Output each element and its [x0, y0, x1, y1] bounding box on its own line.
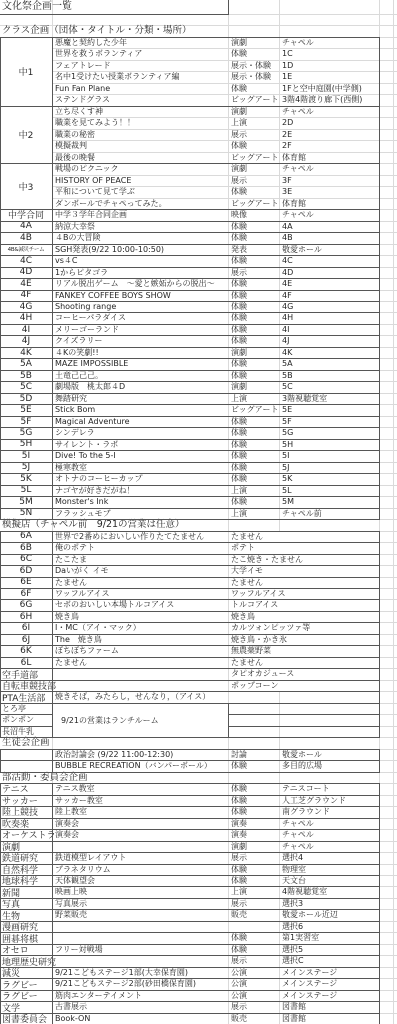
category-cell[interactable]: 上演: [229, 508, 279, 519]
group-cell[interactable]: 4F: [0, 290, 52, 301]
group-cell[interactable]: 中学合同: [0, 209, 52, 220]
location-cell[interactable]: 選択C: [280, 955, 379, 966]
group-cell[interactable]: 4D: [0, 267, 52, 278]
location-cell[interactable]: 3E: [280, 186, 379, 197]
title-cell[interactable]: 戦場のピクニック: [53, 163, 228, 174]
category-cell[interactable]: ビッグアート: [229, 94, 279, 105]
title-cell[interactable]: たません: [53, 577, 228, 588]
title-cell[interactable]: FANKEY COFFEE BOYS SHOW: [53, 290, 228, 301]
row-border: [0, 542, 380, 543]
group-cell[interactable]: 5H: [0, 439, 52, 450]
location-cell[interactable]: 5H: [280, 439, 379, 450]
category-cell[interactable]: 体験: [229, 83, 279, 94]
location-cell[interactable]: 敬愛ホール近辺: [280, 909, 379, 920]
category-cell[interactable]: 展示: [229, 898, 279, 909]
row-border: [0, 668, 380, 669]
section-header-class: クラス企画（団体・タイトル・分類・場所）: [2, 25, 395, 36]
group-cell[interactable]: 5B: [0, 370, 52, 381]
location-cell[interactable]: 3F: [280, 175, 379, 186]
title-cell[interactable]: 焼き鳥: [53, 611, 228, 622]
title-cell[interactable]: 舞踏研究: [53, 393, 228, 404]
title-cell[interactable]: ワッフルアイス: [53, 588, 228, 599]
title-cell[interactable]: ４Bの大冒険: [53, 232, 228, 243]
title-cell[interactable]: プラネタリウム: [53, 864, 228, 875]
location-cell[interactable]: 体育館: [280, 152, 379, 163]
category-cell[interactable]: 展示・体験: [229, 60, 279, 71]
group-cell[interactable]: 5G: [0, 427, 52, 438]
title-cell[interactable]: リアル脱出ゲーム ～愛と嫉妬からの脱出～: [53, 278, 228, 289]
title-cell[interactable]: Shooting range: [53, 301, 228, 312]
location-cell[interactable]: 5L: [280, 485, 379, 496]
title-cell[interactable]: オトナのコーヒーカップ: [53, 473, 228, 484]
group-cell[interactable]: 4J: [0, 335, 52, 346]
section-border: [0, 749, 1, 772]
category-cell[interactable]: 演劇: [229, 163, 279, 174]
food-cell[interactable]: ポップコーン: [229, 680, 379, 691]
title-cell[interactable]: メリーゴーランド: [53, 324, 228, 335]
category-cell[interactable]: 体験: [229, 140, 279, 151]
category-cell[interactable]: 展示: [229, 175, 279, 186]
location-cell[interactable]: 4C: [280, 255, 379, 266]
group-cell[interactable]: 5I: [0, 450, 52, 461]
group-cell[interactable]: 4K: [0, 347, 52, 358]
category-cell[interactable]: 体験: [229, 278, 279, 289]
category-cell[interactable]: 体験: [229, 48, 279, 59]
category-cell[interactable]: 演劇: [229, 106, 279, 117]
row-border: [228, 714, 380, 715]
group-cell[interactable]: 4C: [0, 255, 52, 266]
section-border: [0, 519, 380, 520]
location-cell[interactable]: 5E: [280, 404, 379, 415]
category-cell[interactable]: 体験: [229, 221, 279, 232]
group-cell[interactable]: 4B: [0, 232, 52, 243]
row-border: [0, 749, 380, 750]
location-cell[interactable]: チャペル: [280, 37, 379, 48]
location-cell[interactable]: 天文台: [280, 875, 379, 886]
category-cell[interactable]: 展示: [229, 267, 279, 278]
title-cell[interactable]: たません: [53, 657, 228, 668]
merged-note-cell[interactable]: 9/21の営業はランチルーム: [53, 704, 228, 737]
group-cell[interactable]: 5D: [0, 393, 52, 404]
title-cell[interactable]: The 焼き鳥: [53, 634, 228, 645]
category-cell[interactable]: 展示: [229, 129, 279, 140]
title-cell[interactable]: 鉄道模型レイアウト: [53, 852, 228, 863]
title-cell[interactable]: 古書展示: [53, 1001, 228, 1012]
category-cell[interactable]: 演劇: [229, 841, 279, 852]
title-cell[interactable]: フラッシュモブ: [53, 508, 228, 519]
group-cell[interactable]: 5M: [0, 496, 52, 507]
title-cell[interactable]: 映画上映: [53, 886, 228, 897]
row-border: [0, 806, 380, 807]
category-cell[interactable]: 体験: [229, 473, 279, 484]
food-cell[interactable]: 焼き鳥: [229, 611, 379, 622]
category-cell[interactable]: 体験: [229, 450, 279, 461]
title-cell[interactable]: ナゴヤが好きだがね！: [53, 485, 228, 496]
category-cell[interactable]: 体験: [229, 795, 279, 806]
location-cell[interactable]: 1D: [280, 60, 379, 71]
title-cell[interactable]: コーヒーパラダイス: [53, 312, 228, 323]
row-border: [0, 990, 380, 991]
title-cell[interactable]: 天体観望会: [53, 875, 228, 886]
group-cell[interactable]: 5F: [0, 416, 52, 427]
group-cell[interactable]: 4B&減災チーム: [0, 244, 52, 255]
title-cell[interactable]: Monster's Ink: [53, 496, 228, 507]
title-cell[interactable]: 陸上教室: [53, 806, 228, 817]
title-cell[interactable]: 模擬裁判: [53, 140, 228, 151]
category-cell[interactable]: 体験: [229, 290, 279, 301]
title-cell[interactable]: 悪魔と契約した少年: [53, 37, 228, 48]
row-border: [0, 1001, 380, 1002]
title-cell[interactable]: シンデレラ: [53, 427, 228, 438]
section-border: [0, 37, 1, 519]
row-border: [0, 783, 380, 784]
food-cell[interactable]: たません: [229, 577, 379, 588]
section-border: [0, 772, 380, 773]
group-cell[interactable]: 中3: [0, 163, 52, 209]
title-cell[interactable]: 納涼大幸祭: [53, 221, 228, 232]
row-border: [0, 267, 380, 268]
category-cell[interactable]: 展示: [229, 955, 279, 966]
group-cell[interactable]: 4G: [0, 301, 52, 312]
food-cell[interactable]: トルコアイス: [229, 599, 379, 610]
food-cell[interactable]: ワッフルアイス: [229, 588, 379, 599]
location-cell[interactable]: 4G: [280, 301, 379, 312]
category-cell[interactable]: 体験: [229, 875, 279, 886]
location-cell[interactable]: 5G: [280, 427, 379, 438]
title-cell[interactable]: Magical Adventure: [53, 416, 228, 427]
row-border: [0, 554, 380, 555]
title-cell[interactable]: MAZE IMPOSSIBLE: [53, 358, 228, 369]
row-border: [0, 508, 380, 509]
title-cell[interactable]: 筋肉エンターテイメント: [53, 990, 228, 1001]
location-cell[interactable]: 5M: [280, 496, 379, 507]
group-cell[interactable]: 5N: [0, 508, 52, 519]
category-cell[interactable]: 体験: [229, 312, 279, 323]
page-title: 文化祭企画一覧: [2, 0, 72, 14]
title-cell[interactable]: Book-ON: [53, 1013, 228, 1024]
category-cell[interactable]: 体験: [229, 932, 279, 943]
section-border: [0, 531, 1, 738]
title-cell[interactable]: 政治討論会 (9/22 11:00-12:30): [53, 749, 228, 760]
location-cell[interactable]: 1E: [280, 71, 379, 82]
group-cell[interactable]: 6A: [0, 531, 52, 542]
row-border: [0, 244, 380, 245]
category-cell[interactable]: 映像: [229, 209, 279, 220]
section-border: [52, 749, 53, 772]
title-cell[interactable]: 写真展示: [53, 898, 228, 909]
category-cell[interactable]: 演劇: [229, 347, 279, 358]
category-cell[interactable]: 体験: [229, 462, 279, 473]
location-cell[interactable]: 5A: [280, 358, 379, 369]
title-cell[interactable]: 野菜販売: [53, 909, 228, 920]
category-cell[interactable]: 体験: [229, 864, 279, 875]
category-cell[interactable]: 展示: [229, 1001, 279, 1012]
location-cell[interactable]: メインステージ: [280, 990, 379, 1001]
location-cell[interactable]: 1Fと空中庭園(中学側): [280, 83, 379, 94]
location-cell[interactable]: メインステージ: [280, 967, 379, 978]
title-cell[interactable]: 世界を救うボランティア: [53, 48, 228, 59]
location-cell[interactable]: 多目的広場: [280, 760, 379, 771]
title-cell[interactable]: 焼きそば，みたらし，せんなり，（アイス）: [53, 691, 228, 702]
title-cell[interactable]: 演奏会: [53, 818, 228, 829]
title-cell[interactable]: 職業を見てみよう！！: [53, 117, 228, 128]
location-cell[interactable]: チャペル前: [280, 508, 379, 519]
group-cell[interactable]: ポンポン: [2, 714, 52, 725]
title-cell[interactable]: Stick Bom: [53, 404, 228, 415]
category-cell[interactable]: 上演: [229, 485, 279, 496]
category-cell[interactable]: ビッグアート: [229, 404, 279, 415]
location-cell[interactable]: 4I: [280, 324, 379, 335]
group-cell[interactable]: 4E: [0, 278, 52, 289]
group-cell[interactable]: 6K: [0, 645, 52, 656]
location-cell[interactable]: チャペル: [280, 209, 379, 220]
group-cell[interactable]: 5A: [0, 358, 52, 369]
category-cell[interactable]: 発表: [229, 244, 279, 255]
location-cell[interactable]: 4A: [280, 221, 379, 232]
group-cell[interactable]: 4A: [0, 221, 52, 232]
category-cell[interactable]: 体験: [229, 370, 279, 381]
title-cell[interactable]: SGH発表(9/22 10:00-10:50): [53, 244, 228, 255]
title-cell[interactable]: 平和について見て学ぶ: [53, 186, 228, 197]
row-border: [0, 232, 380, 233]
location-cell[interactable]: 4H: [280, 312, 379, 323]
category-cell[interactable]: 販売: [229, 909, 279, 920]
location-cell[interactable]: 敬愛ホール: [280, 244, 379, 255]
location-cell[interactable]: 5B: [280, 370, 379, 381]
category-cell[interactable]: 公演: [229, 978, 279, 989]
row-border: [0, 106, 380, 107]
title-cell[interactable]: 演奏会: [53, 829, 228, 840]
group-cell[interactable]: 5C: [0, 381, 52, 392]
group-cell[interactable]: 6D: [0, 565, 52, 576]
title-cell[interactable]: Dive! To the 5-I: [53, 450, 228, 461]
row-border: [0, 967, 380, 968]
category-cell[interactable]: 体験: [229, 944, 279, 955]
category-cell[interactable]: 体験: [229, 358, 279, 369]
location-cell[interactable]: 図書館: [280, 1001, 379, 1012]
group-cell[interactable]: 6C: [0, 554, 52, 565]
title-cell[interactable]: 劇場版 桃太郎４D: [53, 381, 228, 392]
group-cell[interactable]: 6E: [0, 577, 52, 588]
food-cell[interactable]: たません: [229, 531, 379, 542]
title-cell[interactable]: たこたま: [53, 554, 228, 565]
location-cell[interactable]: 4J: [280, 335, 379, 346]
category-cell[interactable]: 体験: [229, 335, 279, 346]
location-cell[interactable]: チャペル: [280, 841, 379, 852]
title-cell[interactable]: HISTORY OF PEACE: [53, 175, 228, 186]
location-cell[interactable]: チャペル: [280, 163, 379, 174]
location-cell[interactable]: 5K: [280, 473, 379, 484]
title-cell[interactable]: ダンボールでチャペってみた。: [53, 198, 228, 209]
title-cell[interactable]: I・MC（アイ・マック）: [53, 622, 228, 633]
food-cell[interactable]: たこ焼き・たません: [229, 554, 379, 565]
title-cell[interactable]: クイズラリー: [53, 335, 228, 346]
category-cell[interactable]: 体験: [229, 760, 279, 771]
title-cell[interactable]: 中学３学年合同企画: [53, 209, 228, 220]
location-cell[interactable]: 物理室: [280, 864, 379, 875]
location-cell[interactable]: 1C: [280, 48, 379, 59]
category-cell[interactable]: 体験: [229, 324, 279, 335]
title-cell[interactable]: サイレント・ラボ: [53, 439, 228, 450]
row-border: [0, 875, 380, 876]
group-cell[interactable]: とろ亭: [2, 703, 52, 714]
food-cell[interactable]: 大学イモ: [229, 565, 379, 576]
food-cell[interactable]: 焼き鳥・かき氷: [229, 634, 379, 645]
group-cell[interactable]: 5L: [0, 485, 52, 496]
location-cell[interactable]: 5F: [280, 416, 379, 427]
row-border: [0, 645, 380, 646]
location-cell[interactable]: メインステージ: [280, 978, 379, 989]
group-cell[interactable]: 図書委員会: [0, 1013, 52, 1024]
category-cell[interactable]: 公演: [229, 990, 279, 1001]
group-cell[interactable]: 5K: [0, 473, 52, 484]
title-cell[interactable]: サッカー教室: [53, 795, 228, 806]
category-cell[interactable]: 体験: [229, 806, 279, 817]
row-border: [0, 496, 380, 497]
category-cell[interactable]: 上演: [229, 393, 279, 404]
location-cell[interactable]: 5C: [280, 381, 379, 392]
title-cell[interactable]: BUBBLE RECREATION（バンパーボール）: [53, 760, 228, 771]
category-cell[interactable]: 展示: [229, 852, 279, 863]
title-cell[interactable]: フェアトレード: [53, 60, 228, 71]
location-cell[interactable]: テニスコート: [280, 783, 379, 794]
location-cell[interactable]: 2F: [280, 140, 379, 151]
row-border: [0, 381, 380, 382]
title-cell[interactable]: 俺のポテト: [53, 542, 228, 553]
row-border: [0, 209, 380, 210]
location-cell[interactable]: 4D: [280, 267, 379, 278]
title-cell[interactable]: Daいがく イモ: [53, 565, 228, 576]
title-cell[interactable]: 土竜己己己。: [53, 370, 228, 381]
location-cell[interactable]: 南グラウンド: [280, 806, 379, 817]
category-cell[interactable]: 体験: [229, 186, 279, 197]
location-cell[interactable]: 図書館: [280, 1013, 379, 1024]
group-cell[interactable]: 6B: [0, 542, 52, 553]
row-border: [0, 370, 380, 371]
group-cell[interactable]: 6J: [0, 634, 52, 645]
location-cell[interactable]: 選択5: [280, 944, 379, 955]
location-cell[interactable]: 2D: [280, 117, 379, 128]
category-cell[interactable]: 体験: [229, 783, 279, 794]
location-cell[interactable]: 2E: [280, 129, 379, 140]
group-cell[interactable]: 4I: [0, 324, 52, 335]
category-cell[interactable]: 演奏: [229, 829, 279, 840]
title-cell[interactable]: 職業の秘密: [53, 129, 228, 140]
title-cell[interactable]: テニス教室: [53, 783, 228, 794]
location-cell[interactable]: 5I: [280, 450, 379, 461]
category-cell[interactable]: 体験: [229, 232, 279, 243]
food-cell[interactable]: ポテト: [229, 542, 379, 553]
food-cell[interactable]: 無農薬野菜: [229, 645, 379, 656]
group-cell[interactable]: 中1: [0, 37, 52, 106]
location-cell[interactable]: 3階視聴覚室: [280, 393, 379, 404]
title-cell[interactable]: 極寒教室: [53, 462, 228, 473]
food-cell[interactable]: カルツォンピッツァ等: [229, 622, 379, 633]
row-border: [0, 485, 380, 486]
location-cell[interactable]: 敬愛ホール: [280, 749, 379, 760]
category-cell[interactable]: ビッグアート: [229, 198, 279, 209]
title-cell[interactable]: 世界で2番めにおいしい作りたてたません: [53, 531, 228, 542]
location-cell[interactable]: チャペル: [280, 106, 379, 117]
category-cell[interactable]: 演奏: [229, 818, 279, 829]
group-cell[interactable]: 5E: [0, 404, 52, 415]
group-cell[interactable]: PTA生活部: [0, 691, 52, 702]
category-cell[interactable]: 演劇: [229, 381, 279, 392]
group-cell[interactable]: 5J: [0, 462, 52, 473]
location-cell[interactable]: 3階4階渡り廊下(西側): [280, 94, 379, 105]
food-cell[interactable]: タピオカジュース: [229, 668, 379, 679]
row-border: [0, 909, 380, 910]
category-cell[interactable]: 体験: [229, 255, 279, 266]
title-cell[interactable]: 9/21こどもステージ1部(大幸保育園): [53, 967, 228, 978]
group-cell[interactable]: 長沼牛乳: [2, 726, 52, 737]
location-cell[interactable]: 選択3: [280, 898, 379, 909]
category-cell[interactable]: 体験: [229, 427, 279, 438]
group-cell[interactable]: 中2: [0, 106, 52, 163]
group-cell[interactable]: 4H: [0, 312, 52, 323]
category-cell[interactable]: 体験: [229, 496, 279, 507]
group-cell[interactable]: 6H: [0, 611, 52, 622]
title-cell[interactable]: 1からピタゴラ: [53, 267, 228, 278]
category-cell[interactable]: 上演: [229, 117, 279, 128]
row-border: [0, 714, 52, 715]
category-cell[interactable]: 体験: [229, 439, 279, 450]
title-cell[interactable]: Fun Fan Plane: [53, 83, 228, 94]
category-cell[interactable]: 体験: [229, 301, 279, 312]
category-cell[interactable]: 体験: [229, 416, 279, 427]
title-cell[interactable]: ステンドグラス: [53, 94, 228, 105]
row-border: [0, 588, 380, 589]
location-cell[interactable]: 選択6: [280, 921, 379, 932]
group-cell[interactable]: 6I: [0, 622, 52, 633]
title-cell[interactable]: vs４C: [53, 255, 228, 266]
category-cell[interactable]: 討論: [229, 749, 279, 760]
location-cell[interactable]: 人工芝グラウンド: [280, 795, 379, 806]
group-cell[interactable]: 6G: [0, 599, 52, 610]
location-cell[interactable]: 4E: [280, 278, 379, 289]
location-cell[interactable]: 選択4: [280, 852, 379, 863]
location-cell[interactable]: 第1実習室: [280, 932, 379, 943]
title-cell[interactable]: セボのおいしい本場トルコアイス: [53, 599, 228, 610]
location-cell[interactable]: 4B: [280, 232, 379, 243]
location-cell[interactable]: 4階視聴覚室: [280, 886, 379, 897]
title-cell[interactable]: フリー対戦場: [53, 944, 228, 955]
food-cell[interactable]: たません: [229, 657, 379, 668]
category-cell[interactable]: 販売: [229, 1013, 279, 1024]
title-cell[interactable]: 9/21こどもステージ2部(砂田橋保育園): [53, 978, 228, 989]
title-cell[interactable]: 立ち尽くす神: [53, 106, 228, 117]
title-cell-border: [228, 0, 229, 15]
category-cell[interactable]: 公演: [229, 967, 279, 978]
title-cell[interactable]: ぼちぼちファーム: [53, 645, 228, 656]
category-cell[interactable]: ビッグアート: [229, 152, 279, 163]
group-cell[interactable]: 6F: [0, 588, 52, 599]
category-cell[interactable]: 上演: [229, 886, 279, 897]
location-cell[interactable]: 体育館: [280, 198, 379, 209]
category-cell[interactable]: 展示・体験: [229, 71, 279, 82]
location-cell[interactable]: チャペル: [280, 829, 379, 840]
location-cell[interactable]: 5J: [280, 462, 379, 473]
location-cell[interactable]: チャペル: [280, 818, 379, 829]
location-cell[interactable]: 4F: [280, 290, 379, 301]
row-border: [0, 427, 380, 428]
title-cell[interactable]: 名中1受けたい授業ボランティア編: [53, 71, 228, 82]
section-header-seitokai: 生徒会企画: [2, 737, 395, 748]
location-cell[interactable]: 4K: [280, 347, 379, 358]
category-cell[interactable]: 演劇: [229, 37, 279, 48]
title-cell[interactable]: 最後の晩餐: [53, 152, 228, 163]
title-cell[interactable]: ４Kの笑劇!!: [53, 347, 228, 358]
